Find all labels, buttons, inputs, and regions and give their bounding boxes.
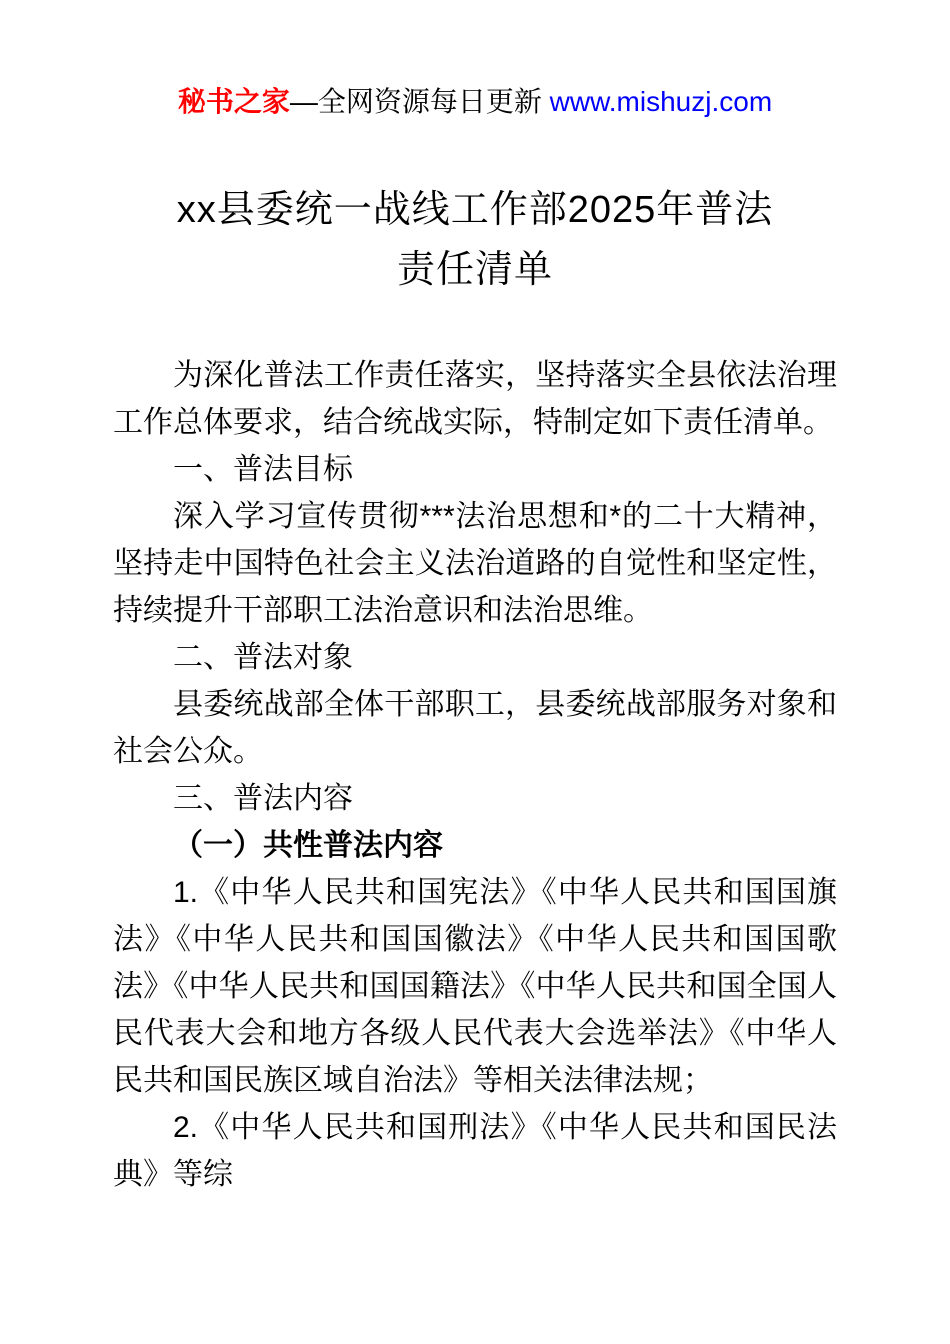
intro-paragraph: 为深化普法工作责任落实，坚持落实全县依法治理工作总体要求，结合统战实际，特制定如…	[113, 352, 837, 446]
section-heading-pufa-audience: 二、普法对象	[113, 634, 837, 681]
section-heading-pufa-goal: 一、普法目标	[113, 446, 837, 493]
document-title: xx县委统一战线工作部2025年普法 责任清单	[0, 180, 950, 300]
document-body: 为深化普法工作责任落实，坚持落实全县依法治理工作总体要求，结合统战实际，特制定如…	[113, 352, 837, 1198]
list-item-laws-2: 2.《中华人民共和国刑法》《中华人民共和国民法典》等综	[113, 1104, 837, 1198]
document-title-line2: 责任清单	[0, 240, 950, 300]
site-header: 秘书之家—全网资源每日更新 www.mishuzj.com	[0, 0, 950, 120]
site-url-link[interactable]: www.mishuzj.com	[550, 86, 772, 117]
section-heading-pufa-content: 三、普法内容	[113, 775, 837, 822]
paragraph-pufa-audience: 县委统战部全体干部职工，县委统战部服务对象和社会公众。	[113, 681, 837, 775]
document-page: 秘书之家—全网资源每日更新 www.mishuzj.com xx县委统一战线工作…	[0, 0, 950, 1344]
list-item-laws-1: 1.《中华人民共和国宪法》《中华人民共和国国旗法》《中华人民共和国国徽法》《中华…	[113, 869, 837, 1104]
subsection-heading-common-content: （一）共性普法内容	[113, 822, 837, 869]
site-brand: 秘书之家	[178, 86, 290, 117]
document-title-line1: xx县委统一战线工作部2025年普法	[0, 180, 950, 240]
site-tagline: —全网资源每日更新	[290, 86, 550, 117]
paragraph-pufa-goal: 深入学习宣传贯彻***法治思想和*的二十大精神，坚持走中国特色社会主义法治道路的…	[113, 493, 837, 634]
